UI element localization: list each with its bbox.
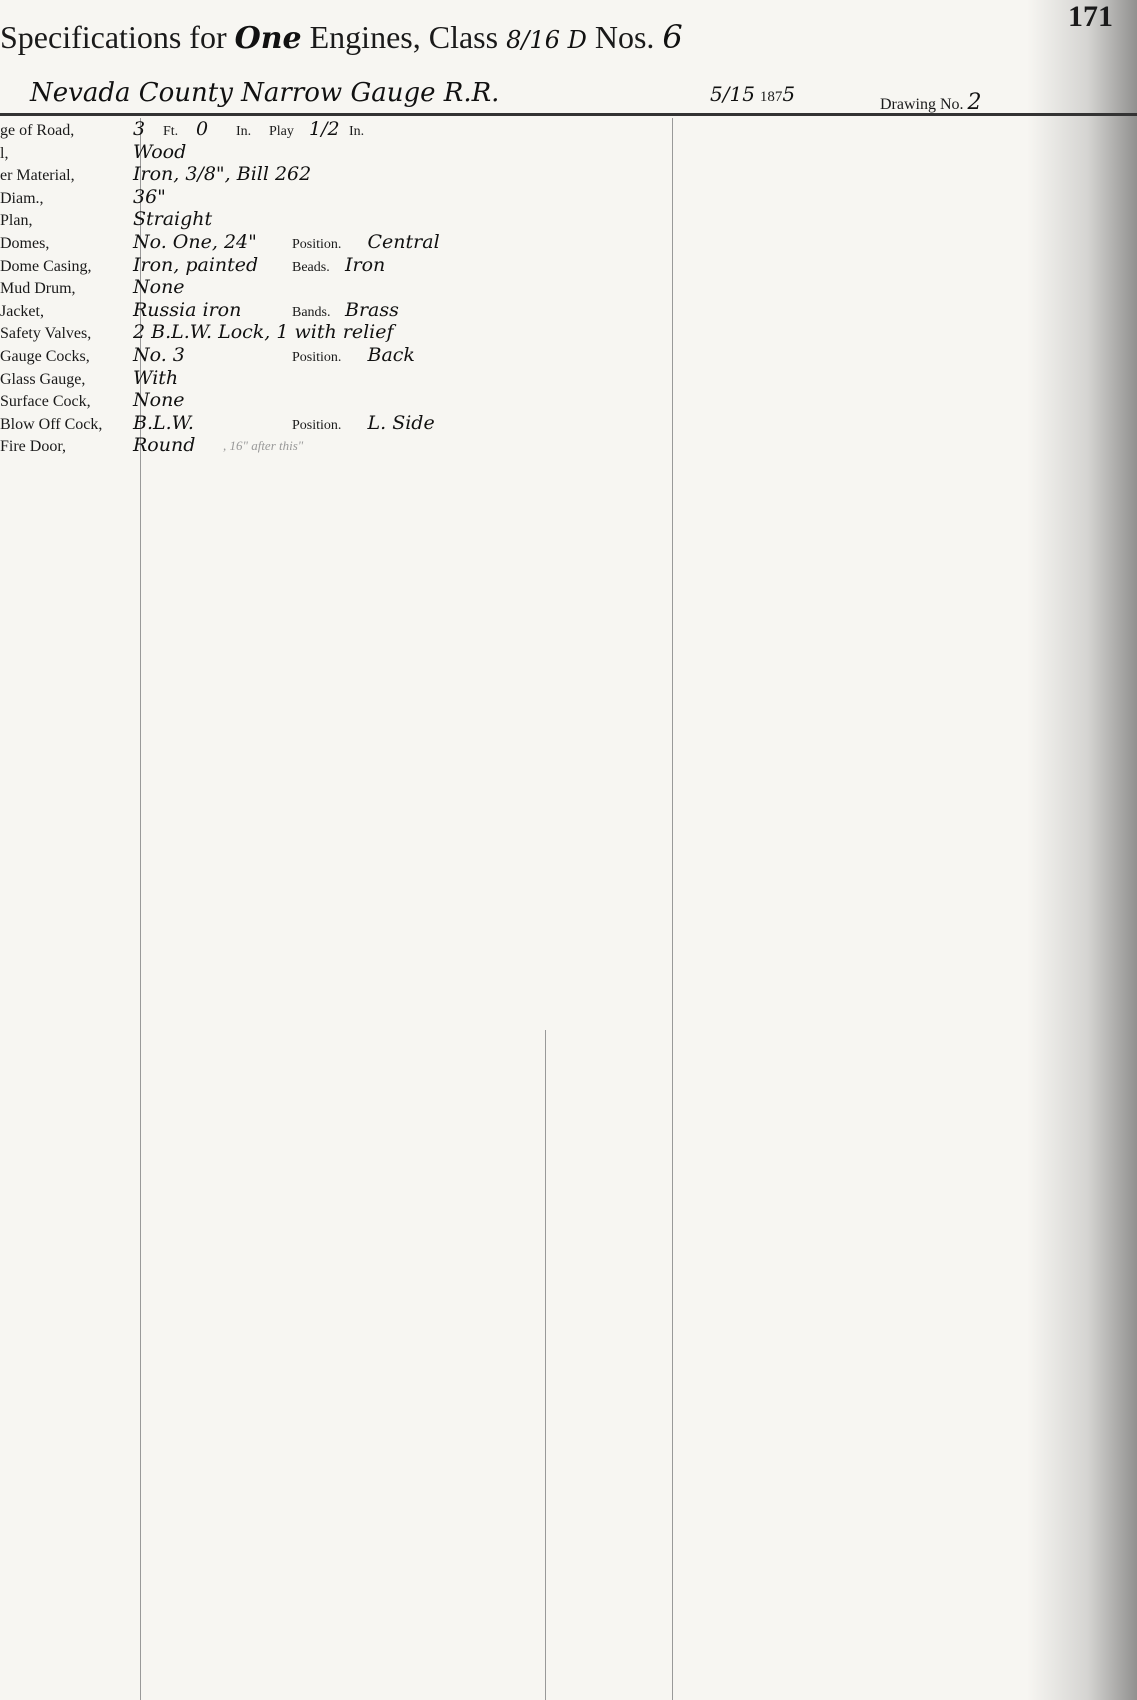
page-edge-shadow — [1027, 0, 1137, 1700]
field-value: None — [133, 276, 185, 298]
date-month-day: 5/15 — [710, 82, 755, 106]
page-number: 171 — [1068, 0, 1113, 34]
field-label: Jacket, — [0, 303, 44, 321]
field-label: Dome Casing, — [0, 258, 92, 276]
field-label: Safety Valves, — [0, 325, 91, 343]
field-value: With — [133, 367, 178, 389]
spec-date: 5/15 1875 — [710, 82, 795, 107]
field-key: Beads. — [292, 260, 330, 276]
year-digit: 5 — [782, 82, 795, 106]
field-value: B.L.W. — [133, 412, 194, 434]
year-printed: 187 — [760, 89, 783, 105]
field-label: l, — [0, 145, 8, 163]
field-label: Blow Off Cock, — [0, 416, 102, 434]
field-value: Straight — [133, 208, 212, 230]
field-label: Surface Cock, — [0, 393, 91, 411]
field-note: , 16" after this" — [223, 438, 303, 454]
engine-count: One — [235, 21, 302, 56]
field-value: 2 B.L.W. Lock, 1 with relief — [133, 321, 394, 343]
field-value: No. One, 24" — [133, 231, 257, 253]
field-label: Domes, — [0, 235, 49, 253]
field-label: Glass Gauge, — [0, 371, 85, 389]
field-value: Back — [368, 344, 415, 366]
field-value: Wood — [133, 141, 186, 163]
field-label: ge of Road, — [0, 122, 74, 140]
field-key: Position. — [292, 350, 341, 366]
engine-numbers: 6 — [662, 18, 682, 56]
header-rule — [0, 113, 1137, 116]
field-label: er Material, — [0, 167, 75, 185]
title-mid: Engines, Class — [310, 19, 498, 55]
column-divider — [672, 118, 673, 1700]
drawing-label: Drawing No. — [880, 96, 964, 113]
field-value: 3 — [133, 118, 145, 140]
field-label: Fire Door, — [0, 438, 66, 456]
title-prefix: Specifications for — [0, 19, 227, 55]
railroad-name: Nevada County Narrow Gauge R.R. — [30, 78, 499, 108]
field-value: 36" — [133, 186, 166, 208]
nos-label: Nos. — [595, 19, 655, 55]
field-value: None — [133, 389, 185, 411]
field-key: Position. — [292, 237, 341, 253]
field-key: In. — [236, 124, 251, 140]
page-title: Specifications for One Engines, Class 8/… — [0, 18, 683, 56]
field-label: Gauge Cocks, — [0, 348, 90, 366]
field-value: 1/2 — [309, 118, 340, 140]
field-key: Bands. — [292, 305, 331, 321]
field-value: No. 3 — [133, 344, 185, 366]
field-value: Central — [368, 231, 440, 253]
field-value: Russia iron — [133, 299, 241, 321]
column-divider — [545, 1030, 546, 1700]
spec-sheet-page: 171 Specifications for One Engines, Clas… — [0, 0, 1137, 1700]
field-key: Position. — [292, 418, 341, 434]
field-value: 0 — [196, 118, 208, 140]
field-label: Diam., — [0, 190, 44, 208]
field-label: Plan, — [0, 212, 32, 230]
field-key: In. — [349, 124, 364, 140]
field-value: Iron, 3/8", Bill 262 — [133, 163, 311, 185]
field-value: Round — [133, 434, 195, 456]
field-label: Mud Drum, — [0, 280, 76, 298]
field-key: Ft. — [163, 124, 178, 140]
engine-class: 8/16 D — [506, 26, 587, 54]
drawing-number: Drawing No. 2 — [880, 90, 982, 115]
field-value: L. Side — [368, 412, 435, 434]
drawing-value: 2 — [968, 90, 982, 115]
field-value: Brass — [345, 299, 399, 321]
field-key: Play — [269, 124, 294, 140]
field-value: Iron — [345, 254, 385, 276]
field-value: Iron, painted — [133, 254, 258, 276]
